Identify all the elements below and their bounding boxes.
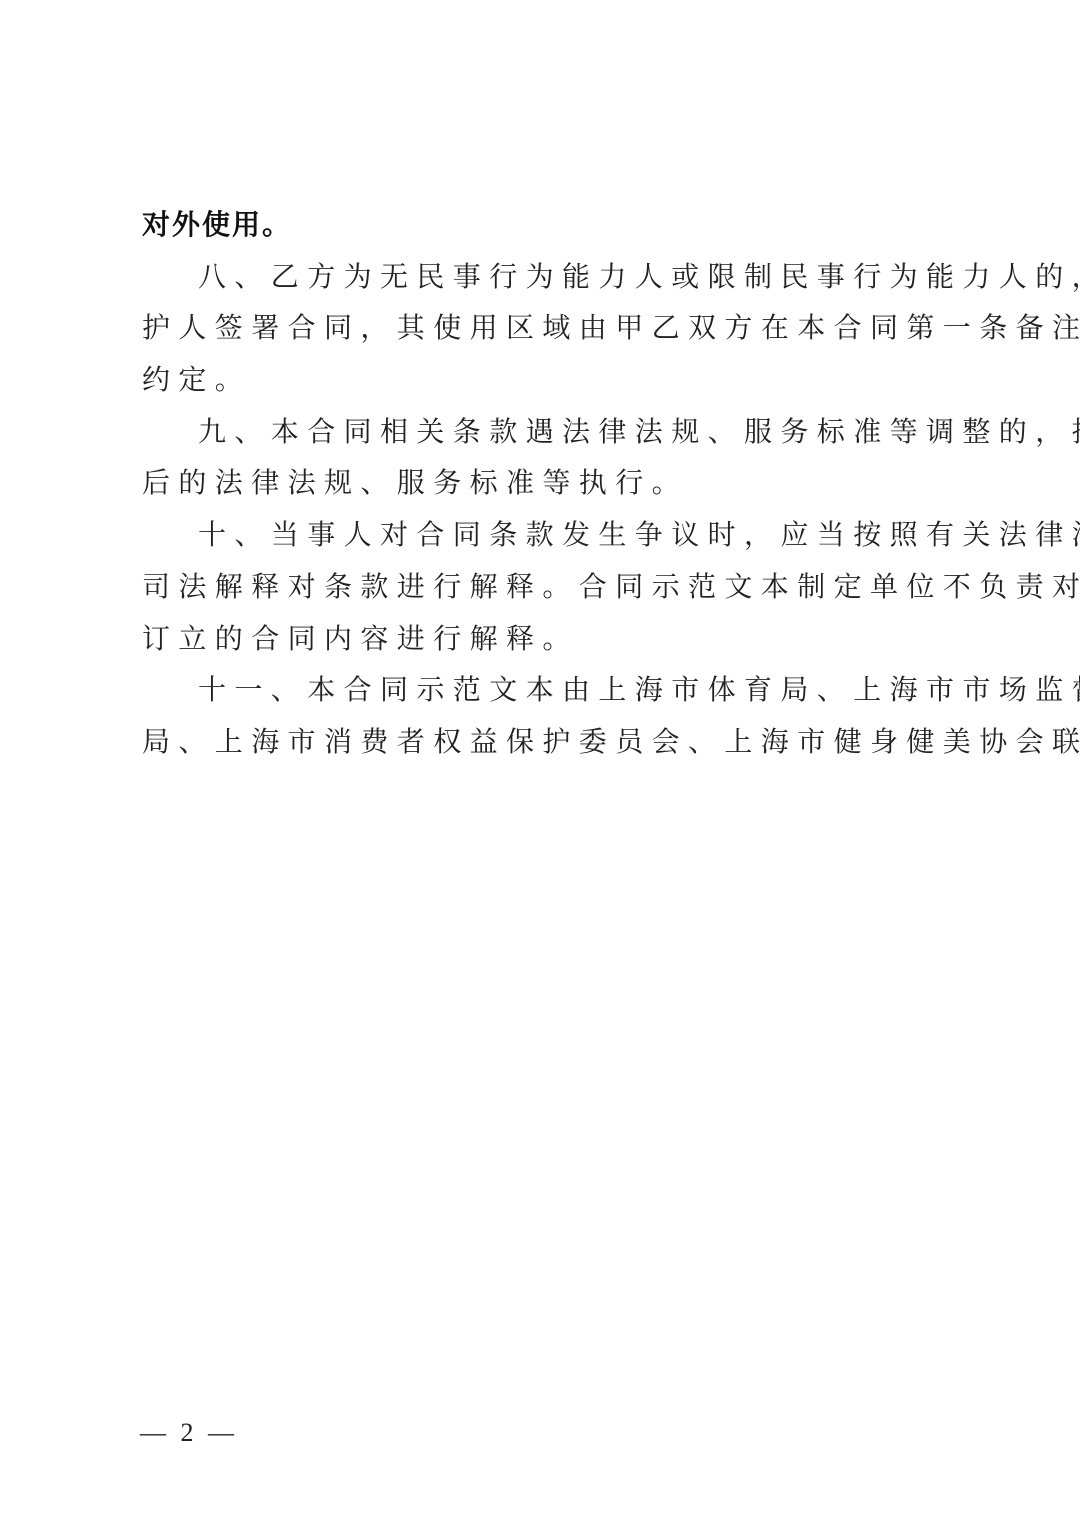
clause-line: 局、上海市消费者权益保护委员会、上海市健身健美协会联合制定。 — [142, 716, 948, 768]
clause-11: 十一、本合同示范文本由上海市体育局、上海市市场监督管理 局、上海市消费者权益保护… — [142, 664, 948, 767]
clause-line: 订立的合同内容进行解释。 — [142, 613, 948, 665]
clause-line: 司法解释对条款进行解释。合同示范文本制定单位不负责对当事人 — [142, 561, 948, 613]
clause-line: 护人签署合同，其使用区域由甲乙双方在本合同第一条备注栏自行 — [142, 302, 948, 354]
clause-line: 后的法律法规、服务标准等执行。 — [142, 457, 948, 509]
clause-line: 九、本合同相关条款遇法律法规、服务标准等调整的，按调整 — [142, 406, 948, 458]
clause-line: 八、乙方为无民事行为能力人或限制民事行为能力人的，需监 — [142, 251, 948, 303]
clause-9: 九、本合同相关条款遇法律法规、服务标准等调整的，按调整 后的法律法规、服务标准等… — [142, 406, 948, 509]
contract-body: 对外使用。 八、乙方为无民事行为能力人或限制民事行为能力人的，需监 护人签署合同… — [142, 199, 948, 768]
continuation-line: 对外使用。 — [142, 199, 948, 251]
clause-10: 十、当事人对合同条款发生争议时，应当按照有关法律法规及 司法解释对条款进行解释。… — [142, 509, 948, 664]
clause-line: 十、当事人对合同条款发生争议时，应当按照有关法律法规及 — [142, 509, 948, 561]
page-number: — 2 — — [140, 1418, 238, 1448]
clause-line: 十一、本合同示范文本由上海市体育局、上海市市场监督管理 — [142, 664, 948, 716]
clause-line: 约定。 — [142, 354, 948, 406]
clause-8: 八、乙方为无民事行为能力人或限制民事行为能力人的，需监 护人签署合同，其使用区域… — [142, 251, 948, 406]
document-page: 对外使用。 八、乙方为无民事行为能力人或限制民事行为能力人的，需监 护人签署合同… — [0, 0, 1080, 1528]
